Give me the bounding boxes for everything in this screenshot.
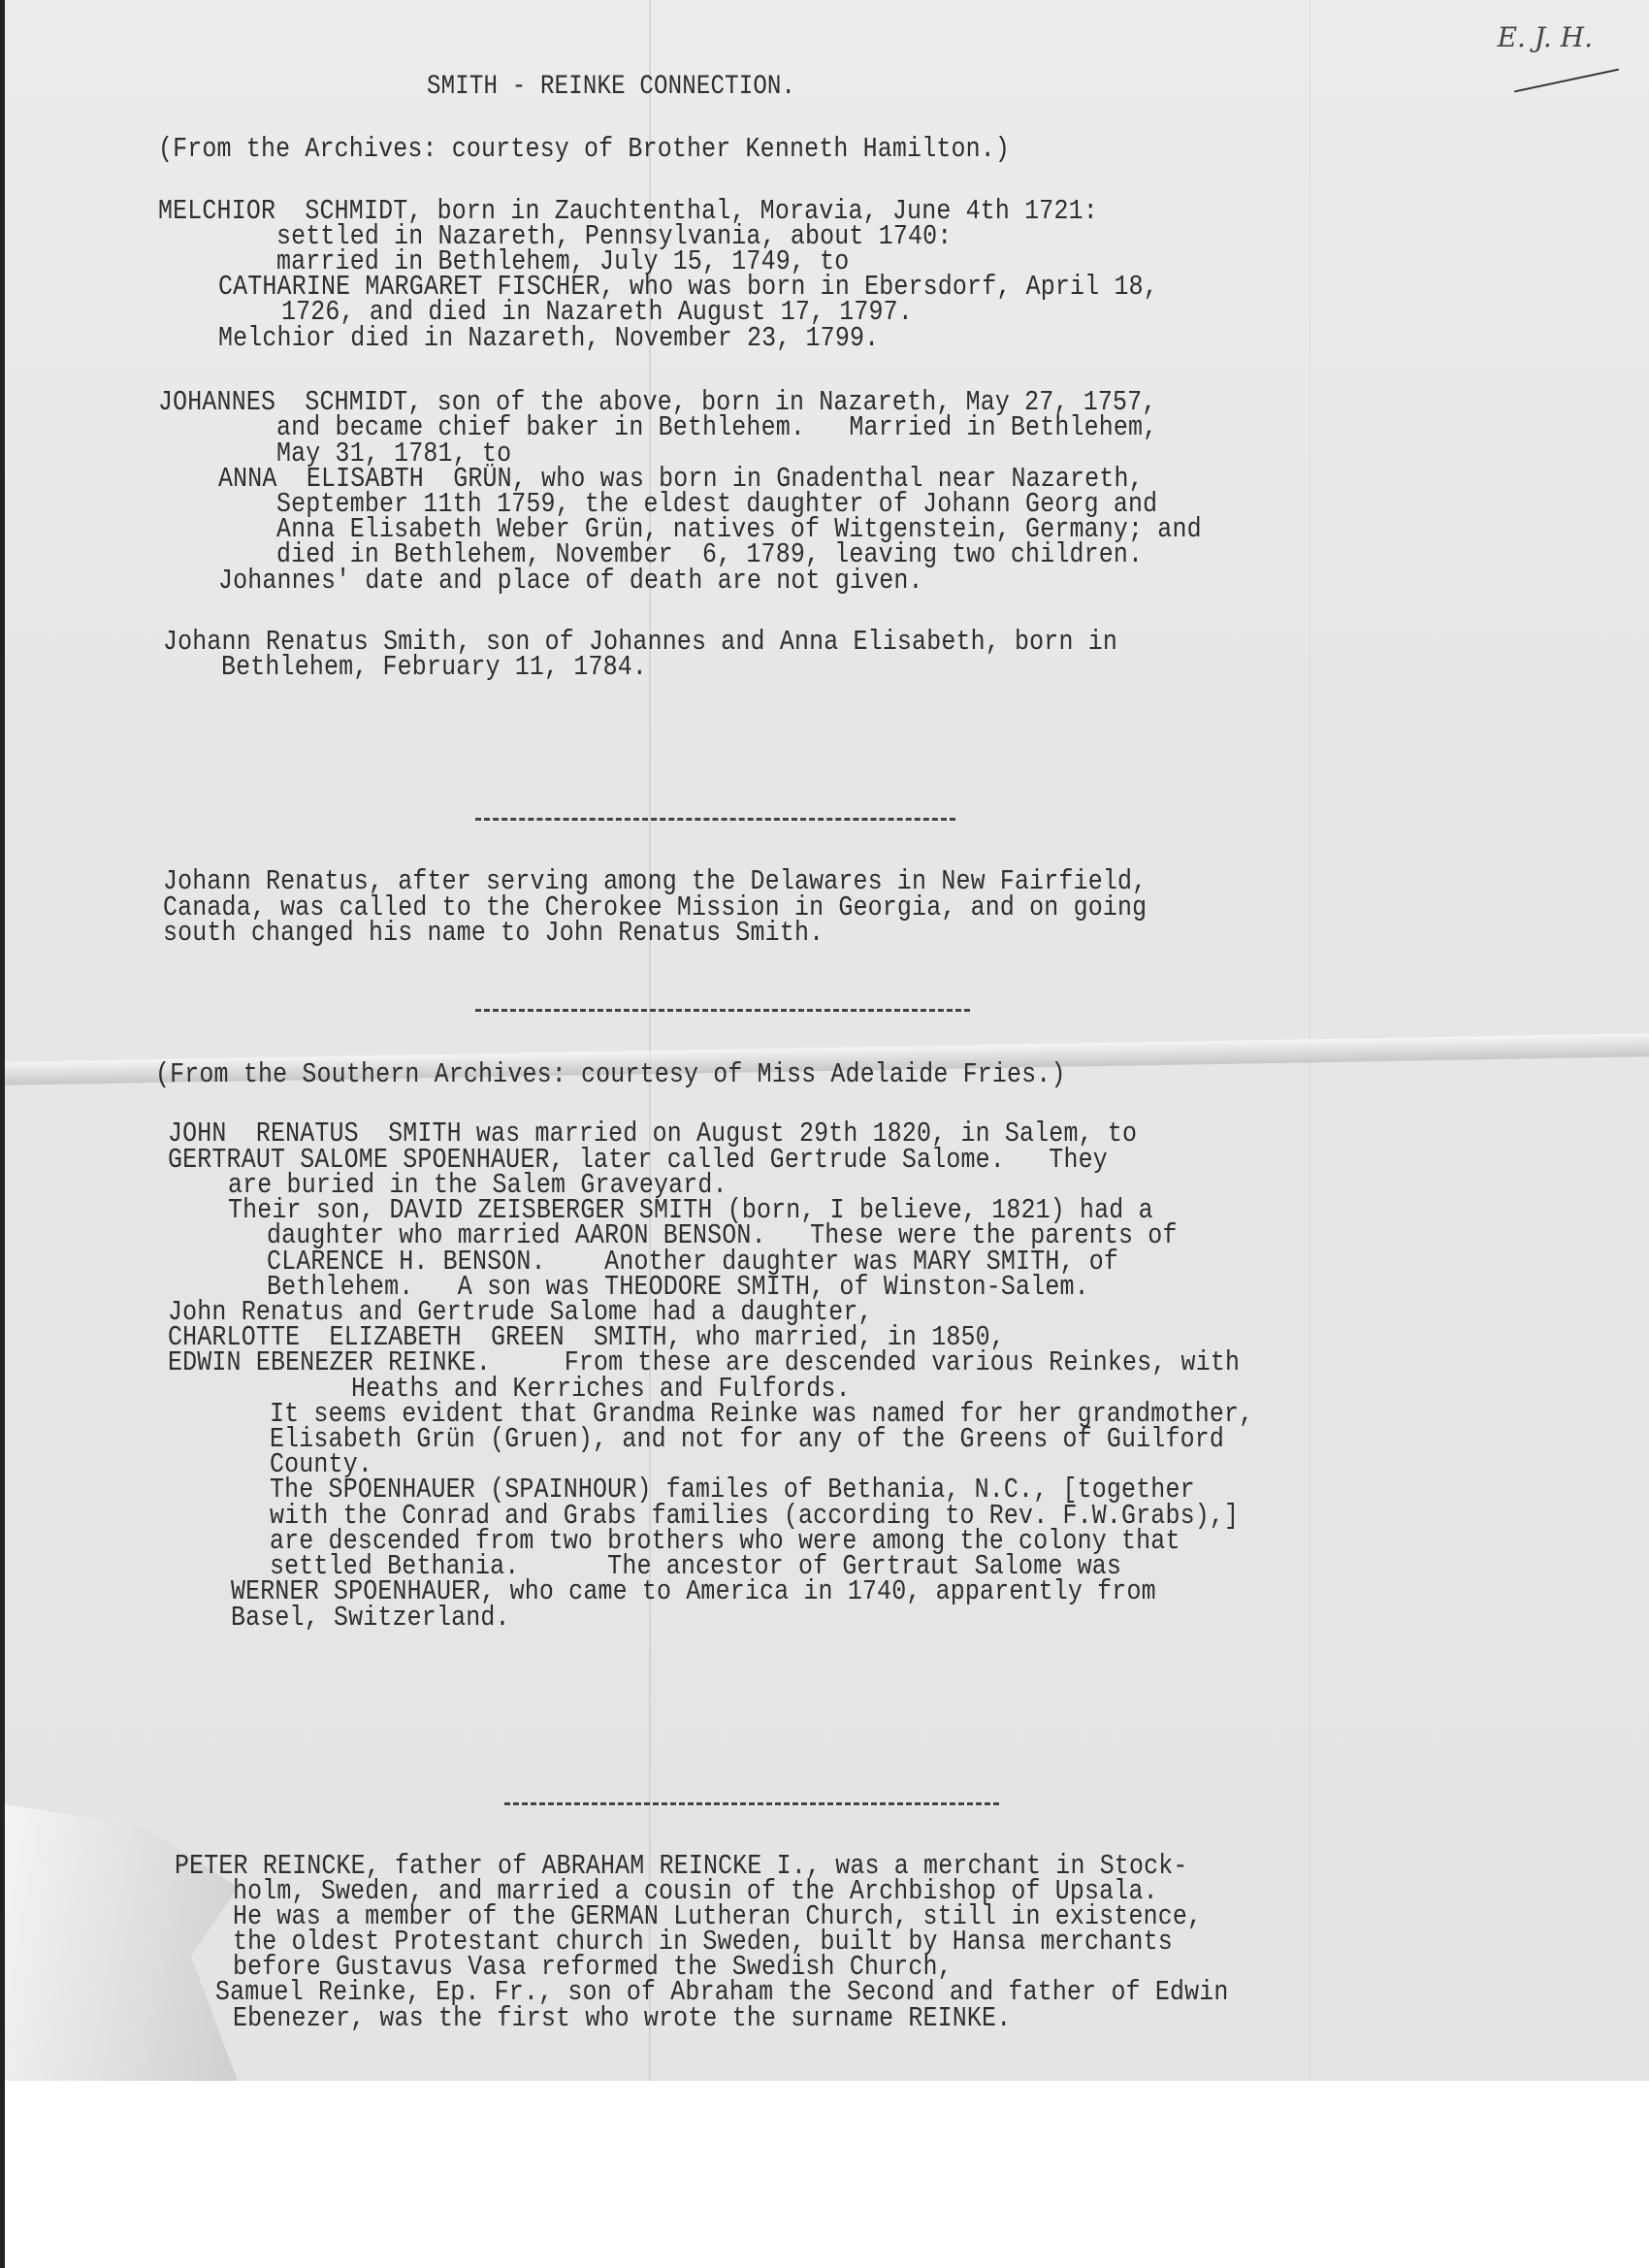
section-divider <box>475 1009 970 1012</box>
document-title: SMITH - REINKE CONNECTION. <box>427 72 795 103</box>
section-divider <box>504 1802 999 1805</box>
text-line: Ebenezer, was the first who wrote the su… <box>233 2003 1011 2034</box>
folded-corner <box>5 1804 238 2081</box>
source-note: (From the Southern Archives: courtesy of… <box>155 1059 1066 1090</box>
handwritten-initials: E. J. H. <box>1498 21 1593 53</box>
text-line: Basel, Switzerland. <box>231 1603 510 1634</box>
text-line: south changed his name to John Renatus S… <box>163 918 824 949</box>
section-divider <box>475 818 955 821</box>
text-line: Elisabeth Grün (Gruen), and not for any … <box>270 1424 1224 1455</box>
text-line: Melchior died in Nazareth, November 23, … <box>218 323 879 354</box>
text-line: Johannes' date and place of death are no… <box>218 566 923 597</box>
text-line: Bethlehem, February 11, 1784. <box>221 652 647 683</box>
source-note: (From the Archives: courtesy of Brother … <box>158 134 1010 165</box>
